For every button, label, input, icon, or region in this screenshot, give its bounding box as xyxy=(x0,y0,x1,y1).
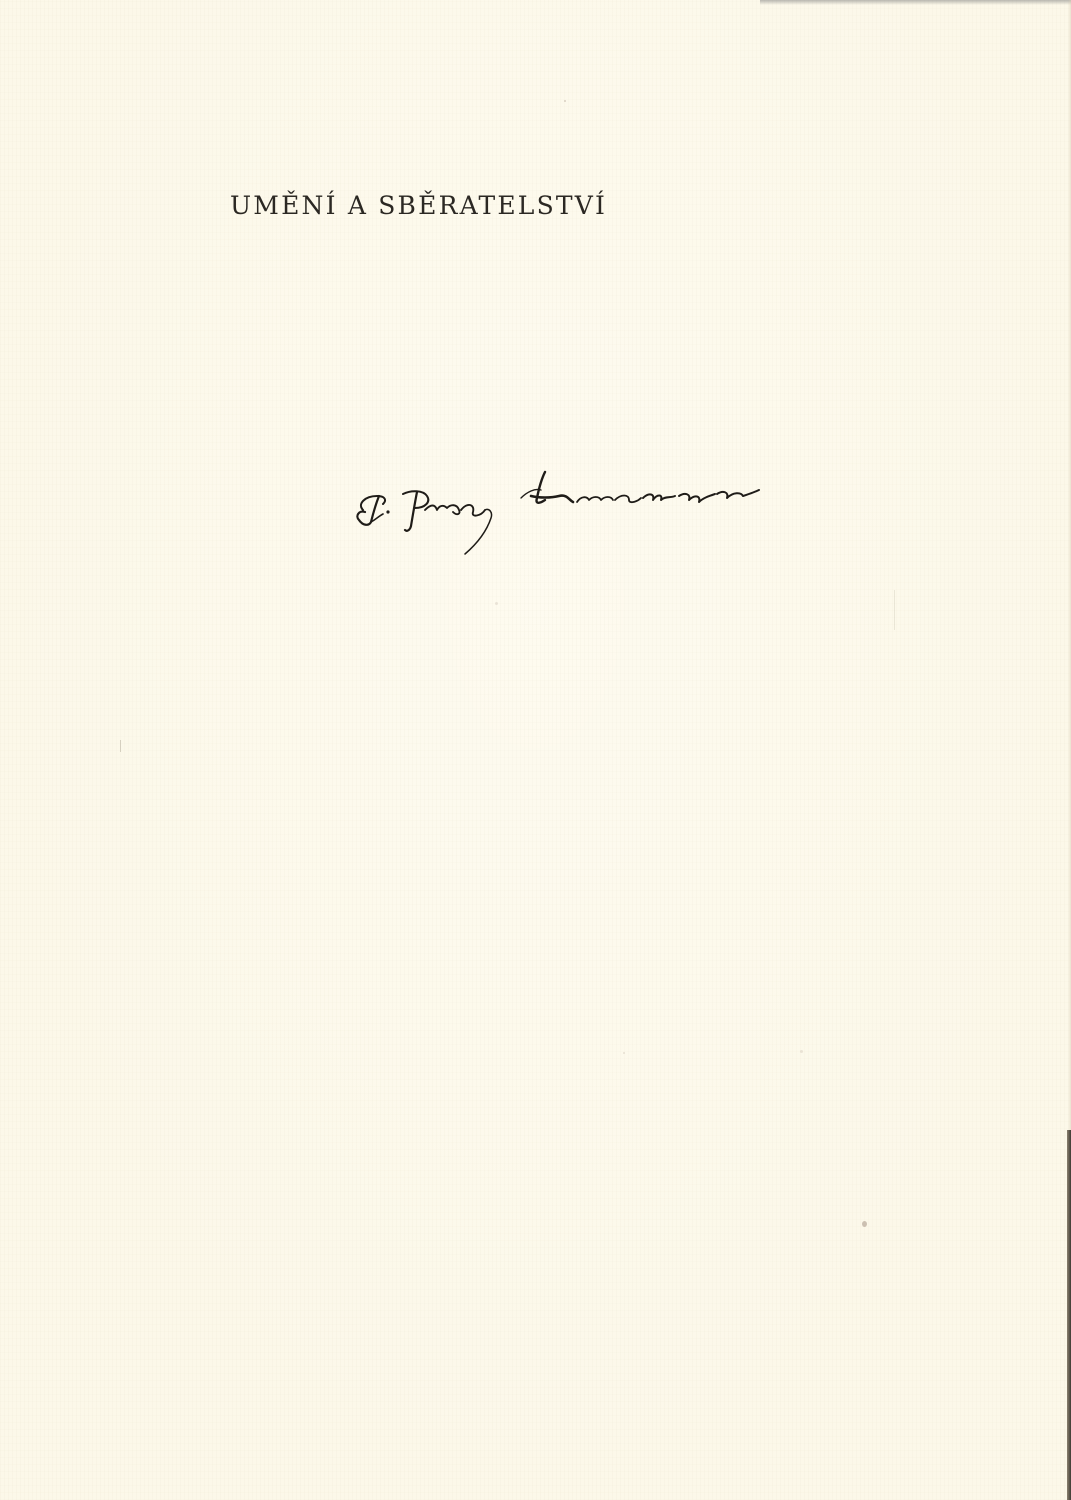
paper-fleck xyxy=(120,740,121,752)
scan-top-shadow xyxy=(760,0,1071,5)
paper-fleck xyxy=(894,590,895,630)
page-right-edge xyxy=(1067,1130,1071,1500)
paper-speck xyxy=(564,100,566,102)
paper-speck xyxy=(862,1221,867,1227)
series-title: UMĚNÍ A SBĚRATELSTVÍ xyxy=(230,191,607,220)
paper-speck xyxy=(495,602,498,605)
paper-speck xyxy=(800,1050,803,1053)
handwritten-signature xyxy=(345,470,795,560)
paper-speck xyxy=(623,1052,625,1054)
book-page: UMĚNÍ A SBĚRATELSTVÍ xyxy=(0,0,1071,1500)
